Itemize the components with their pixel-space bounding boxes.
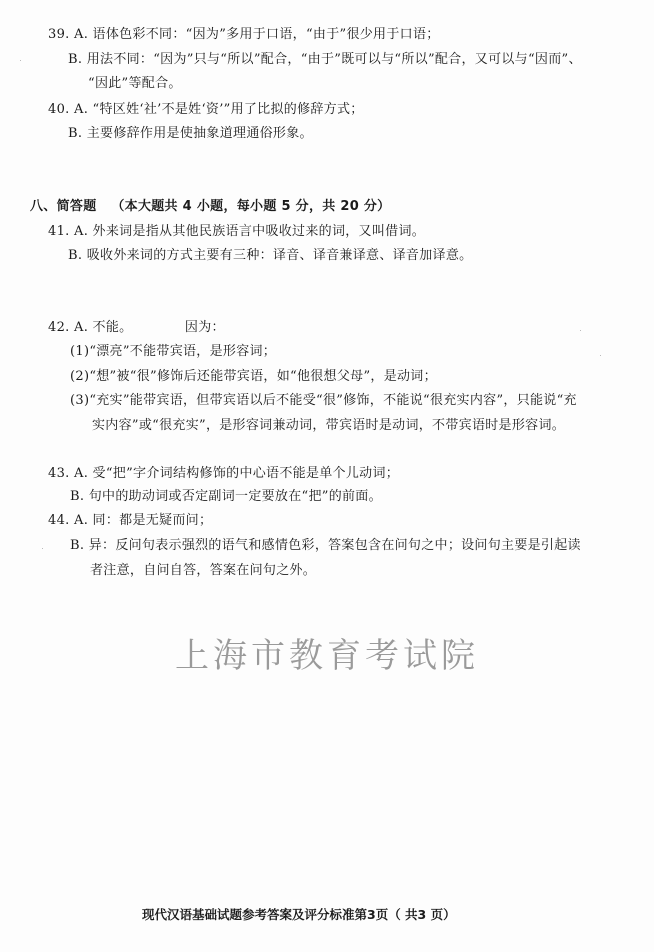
- q42-because: 因为：: [185, 320, 225, 335]
- scan-speck: [42, 548, 43, 549]
- q42-point-2: (2)“想”被“很”修饰后还能带宾语，如“他很想父母”，是动词；: [70, 369, 437, 385]
- q42-a: 42. A. 不能。 因为：: [48, 320, 225, 336]
- q39-b-cont: “因此”等配合。: [88, 76, 182, 92]
- section-heading: 八、简答题: [30, 199, 97, 214]
- q42-a-text: 42. A. 不能。: [48, 320, 132, 335]
- q39-a: 39. A. 语体色彩不同：“因为”多用于口语，“由于”很少用于口语；: [48, 27, 440, 43]
- q43-b: B. 句中的助动词或否定副词一定要放在“把”的前面。: [70, 489, 382, 505]
- q44-b-cont: 者注意，自问自答，答案在问句之外。: [90, 563, 316, 579]
- q44-b: B. 异：反问句表示强烈的语气和感情色彩，答案包含在问句之中；设问句主要是引起读: [70, 538, 581, 554]
- page-footer: 现代汉语基础试题参考答案及评分标准第3页（ 共3 页）: [142, 905, 456, 923]
- q40-a: 40. A. “特区姓‘社’不是姓‘资’”用了比拟的修辞方式；: [48, 102, 364, 118]
- section-note: （本大题共 4 小题，每小题 5 分，共 20 分）: [111, 199, 390, 214]
- q41-a: 41. A. 外来词是指从其他民族语言中吸收过来的词，又叫借词。: [48, 224, 425, 240]
- q40-b: B. 主要修辞作用是使抽象道理通俗形象。: [68, 126, 313, 142]
- watermark-stamp: 上海市教育考试院: [175, 628, 479, 677]
- q43-a: 43. A. 受“把”字介词结构修饰的中心语不能是单个儿动词；: [48, 466, 399, 482]
- q41-b: B. 吸收外来词的方式主要有三种：译音、译音兼译意、译音加译意。: [68, 248, 472, 264]
- scan-speck: [580, 330, 581, 331]
- section-title: 八、简答题 （本大题共 4 小题，每小题 5 分，共 20 分）: [30, 199, 390, 215]
- q44-a: 44. A. 同：都是无疑而问；: [48, 513, 212, 529]
- q42-point-3-cont: 实内容”或“很充实”，是形容词兼动词，带宾语时是动词，不带宾语时是形容词。: [92, 418, 565, 434]
- scan-speck: [600, 355, 601, 356]
- scan-speck: [20, 60, 21, 61]
- q42-point-3: (3)“充实”能带宾语，但带宾语以后不能受“很”修饰，不能说“很充实内容”，只能…: [70, 393, 577, 409]
- q42-point-1: (1)“漂亮”不能带宾语，是形容词；: [70, 344, 276, 360]
- q39-b: B. 用法不同：“因为”只与“所以”配合，“由于”既可以与“所以”配合，又可以与…: [68, 52, 582, 68]
